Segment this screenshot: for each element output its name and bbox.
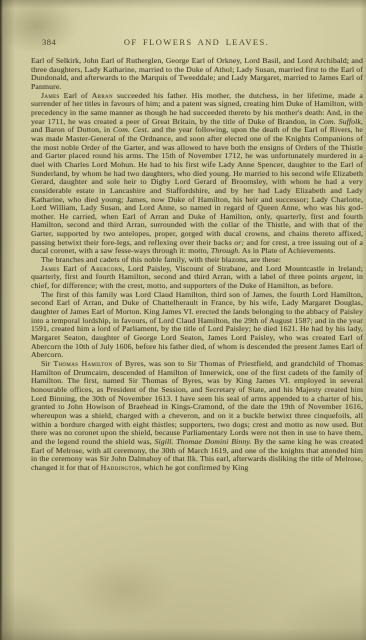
- text-run: argent,: [331, 272, 354, 281]
- text-run: The branches and cadets of this noble fa…: [41, 255, 281, 264]
- paragraph: Earl of Selkirk, John Earl of Rutherglen…: [31, 57, 363, 92]
- text-run: , which he got confirmed by King: [140, 463, 249, 472]
- text-run: and Baron of Dutton, in: [31, 125, 113, 134]
- page-header: 384 OF FLOWERS AND LEAVES.: [31, 37, 362, 49]
- text-run: James: [41, 264, 60, 273]
- text-run: or;: [234, 238, 244, 247]
- paragraph: Sir Thomas Hamilton of Byres, was son to…: [31, 360, 363, 473]
- text-run: Earl of: [60, 264, 91, 273]
- text-run: Arran: [92, 91, 113, 100]
- running-title: OF FLOWERS AND LEAVES.: [31, 37, 362, 47]
- text-run: Through.: [211, 246, 240, 255]
- page-text: Earl of Selkirk, John Earl of Rutherglen…: [31, 57, 363, 473]
- paragraph: The first of this family was Lord Claud …: [31, 291, 363, 360]
- scanned-book-page: 384 OF FLOWERS AND LEAVES. Earl of Selki…: [0, 0, 366, 640]
- text-run: Earl of: [60, 91, 92, 100]
- text-run: of Byres, was son to Sir Thomas of Pries…: [31, 359, 363, 446]
- text-run: Haddington: [101, 463, 140, 472]
- page-number: 384: [42, 37, 56, 47]
- text-run: The first of this family was Lord Claud …: [31, 290, 363, 360]
- text-run: Abercorn: [90, 264, 122, 273]
- text-run: Com. Cest.: [113, 125, 149, 134]
- text-run: Thomas Hamilton: [53, 359, 112, 368]
- text-run: Earl of Selkirk, John Earl of Rutherglen…: [31, 56, 363, 91]
- paragraph: James Earl of Arran succeeded his father…: [31, 92, 363, 256]
- text-run: Sir: [41, 359, 53, 368]
- text-run: and the year following, upon the death o…: [31, 125, 363, 247]
- text-run: James: [41, 91, 60, 100]
- paragraph: James Earl of Abercorn, Lord Paisley, Vi…: [31, 265, 363, 291]
- text-run: As in Plate of Achievements.: [240, 246, 335, 255]
- text-run: Sigill. Thomae Domini Binny.: [154, 437, 251, 446]
- text-run: Com. Suffolk,: [319, 117, 363, 126]
